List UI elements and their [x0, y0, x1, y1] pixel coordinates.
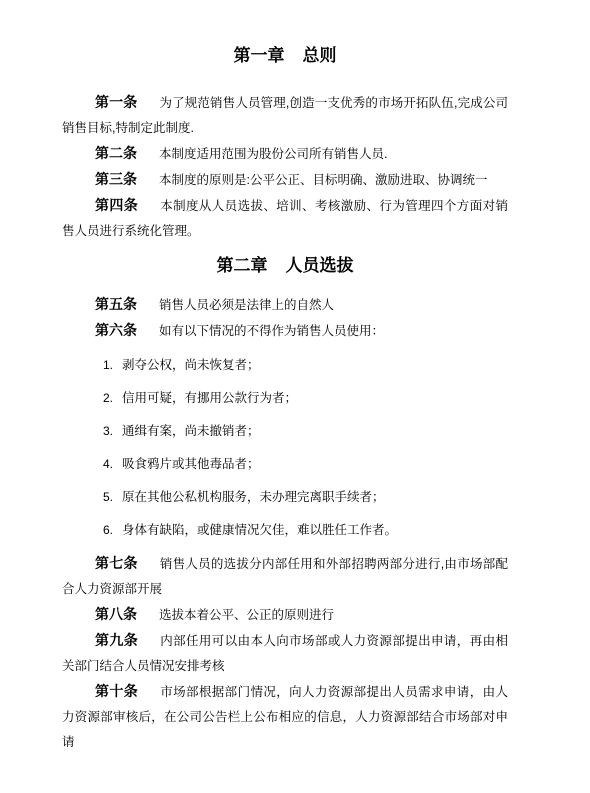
- list-item-1-number: 1.: [103, 353, 122, 378]
- article-3: 第三条本制度的原则是:公平公正、目标明确、激励进取、协调统一: [62, 167, 508, 193]
- article-1-label: 第一条: [95, 94, 137, 110]
- article-8: 第八条选拔本着公平、公正的原则进行: [62, 602, 508, 628]
- article-4: 第四条本制度从人员选拔、培训、考核激励、行为管理四个方面对销售人员进行系统化管理…: [62, 193, 508, 244]
- list-item-5-text: 原在其他公私机构服务，未办理完离职手续者；: [122, 490, 385, 504]
- article-9-label: 第九条: [95, 632, 138, 648]
- article-6: 第六条如有以下情况的不得作为销售人员使用：: [62, 318, 508, 344]
- article-4-label: 第四条: [95, 197, 138, 213]
- article-2: 第二条本制度适用范围为股份公司所有销售人员.: [62, 141, 508, 167]
- list-item-2-text: 信用可疑，有挪用公款行为者；: [122, 391, 297, 405]
- list-item-1-text: 剥夺公权，尚未恢复者；: [122, 358, 260, 372]
- list-item-4: 4.吸食鸦片或其他毒品者；: [103, 452, 508, 477]
- list-item-2-number: 2.: [103, 386, 122, 411]
- list-item-3-text: 通缉有案，尚未撤销者；: [122, 424, 260, 438]
- article-7: 第七条销售人员的选拔分内部任用和外部招聘两部分进行,由市场部配合人力资源部开展: [62, 551, 508, 602]
- article-1: 第一条为了规范销售人员管理,创造一支优秀的市场开拓队伍,完成公司销售目标,特制定…: [62, 90, 508, 141]
- article-2-text: 本制度适用范围为股份公司所有销售人员.: [159, 147, 387, 161]
- chapter-2-number: 第二章: [217, 256, 268, 275]
- chapter-2-title: 人员选拔: [286, 256, 354, 275]
- chapter-1-title: 总则: [303, 46, 337, 65]
- article-7-label: 第七条: [95, 555, 138, 571]
- exclusion-list: 1.剥夺公权，尚未恢复者； 2.信用可疑，有挪用公款行为者； 3.通缉有案，尚未…: [62, 353, 508, 543]
- article-5-text: 销售人员必须是法律上的自然人: [159, 298, 334, 312]
- article-6-text: 如有以下情况的不得作为销售人员使用：: [159, 324, 384, 338]
- list-item-4-text: 吸食鸦片或其他毒品者；: [122, 457, 260, 471]
- article-6-label: 第六条: [95, 322, 137, 338]
- document-page: 第一章总则 第一条为了规范销售人员管理,创造一支优秀的市场开拓队伍,完成公司销售…: [0, 0, 590, 793]
- list-item-6-text: 身体有缺陷，或健康情况欠佳，难以胜任工作者。: [122, 523, 397, 537]
- list-item-6: 6.身体有缺陷，或健康情况欠佳，难以胜任工作者。: [103, 518, 508, 543]
- article-3-label: 第三条: [95, 171, 137, 187]
- article-8-text: 选拔本着公平、公正的原则进行: [159, 608, 334, 622]
- list-item-6-number: 6.: [103, 518, 122, 543]
- list-item-3: 3.通缉有案，尚未撤销者；: [103, 419, 508, 444]
- list-item-3-number: 3.: [103, 419, 122, 444]
- list-item-5: 5.原在其他公私机构服务，未办理完离职手续者；: [103, 485, 508, 510]
- list-item-4-number: 4.: [103, 452, 122, 477]
- list-item-5-number: 5.: [103, 485, 122, 510]
- chapter-1-heading: 第一章总则: [62, 42, 508, 70]
- chapter-2-heading: 第二章人员选拔: [62, 252, 508, 280]
- article-10-label: 第十条: [95, 683, 138, 699]
- article-9: 第九条内部任用可以由本人向市场部或人力资源部提出申请，再由相关部门结合人员情况安…: [62, 628, 508, 679]
- article-2-label: 第二条: [95, 145, 137, 161]
- list-item-2: 2.信用可疑，有挪用公款行为者；: [103, 386, 508, 411]
- list-item-1: 1.剥夺公权，尚未恢复者；: [103, 353, 508, 378]
- article-10: 第十条市场部根据部门情况，向人力资源部提出人员需求申请，由人力资源部审核后，在公…: [62, 679, 508, 755]
- article-5: 第五条销售人员必须是法律上的自然人: [62, 292, 508, 318]
- article-5-label: 第五条: [95, 296, 137, 312]
- article-8-label: 第八条: [95, 606, 137, 622]
- article-3-text: 本制度的原则是:公平公正、目标明确、激励进取、协调统一: [159, 173, 487, 187]
- chapter-1-number: 第一章: [234, 46, 285, 65]
